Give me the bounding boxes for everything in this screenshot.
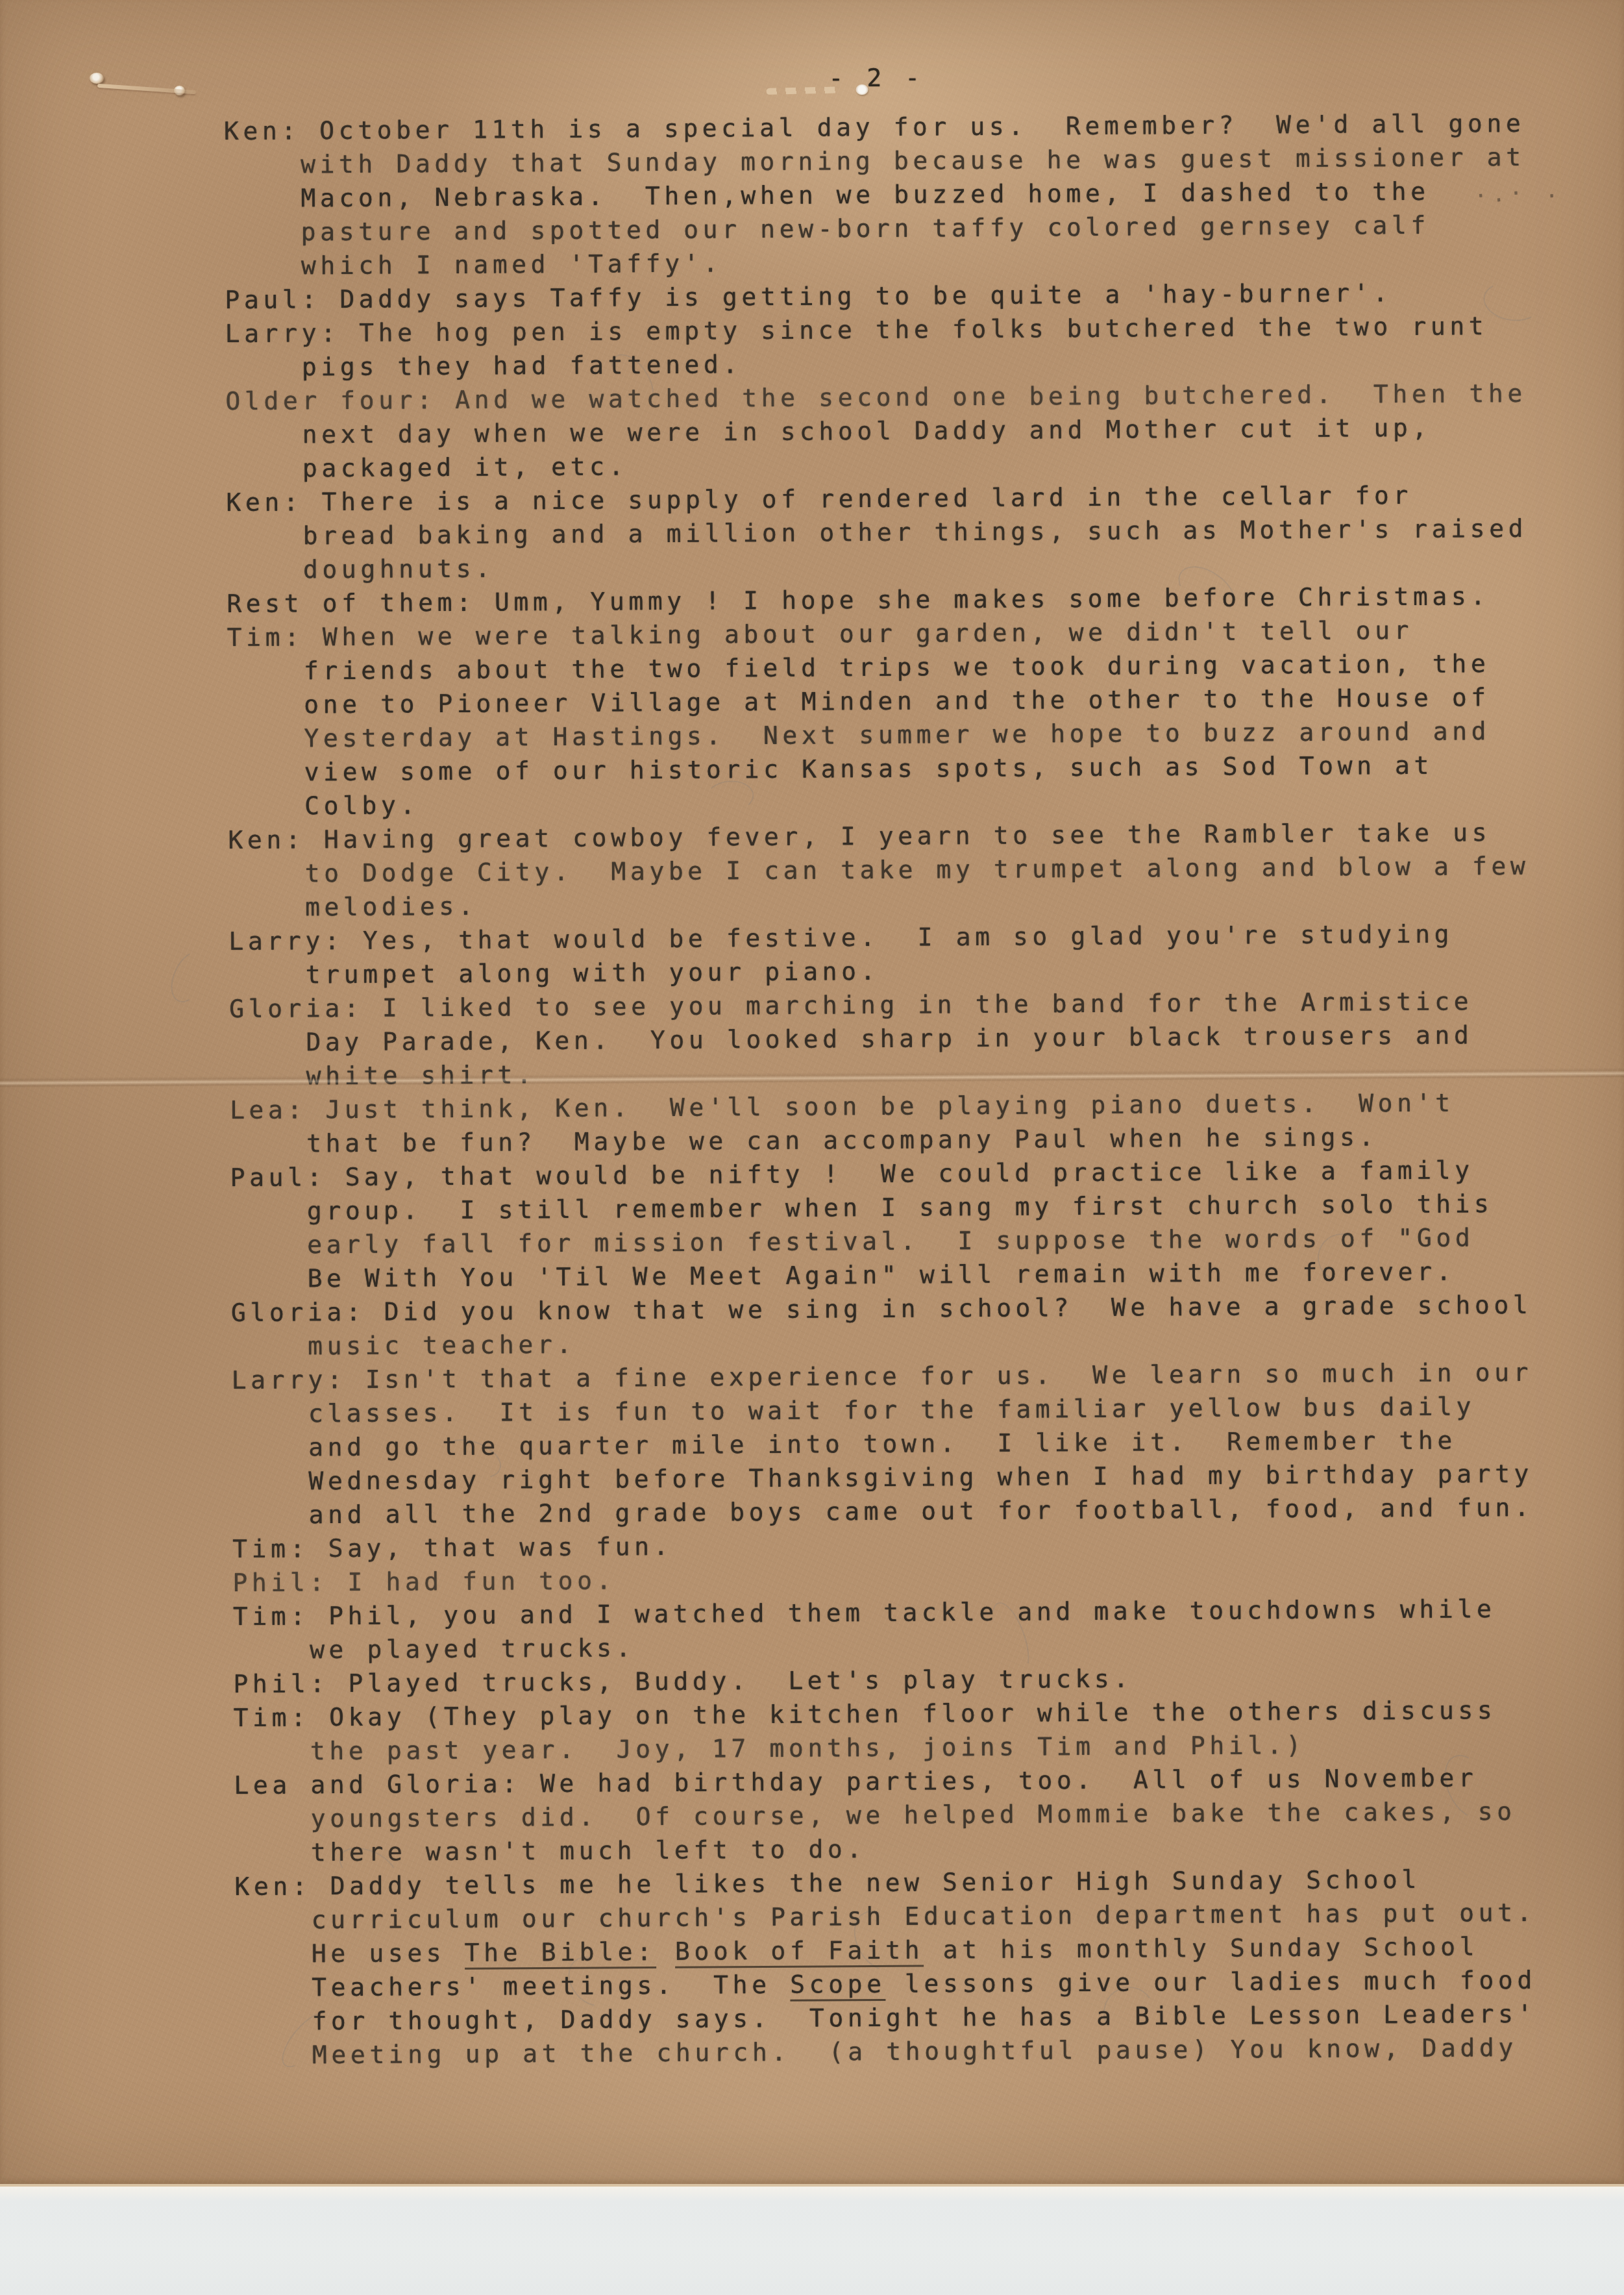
underlined-title: Book of Faith bbox=[675, 1936, 924, 1968]
paper-sheet: - 2 - Ken: October 11th is a special day… bbox=[0, 0, 1624, 2187]
page-number: - 2 - bbox=[828, 60, 924, 95]
underlined-title: The Bible: bbox=[465, 1937, 656, 1970]
scanner-bed-background bbox=[0, 2187, 1624, 2295]
underlined-title: Scope bbox=[790, 1970, 886, 2002]
typed-text-body: Ken: October 11th is a special day for u… bbox=[224, 106, 1599, 2072]
typed-content-layer: - 2 - Ken: October 11th is a special day… bbox=[0, 0, 1624, 2185]
